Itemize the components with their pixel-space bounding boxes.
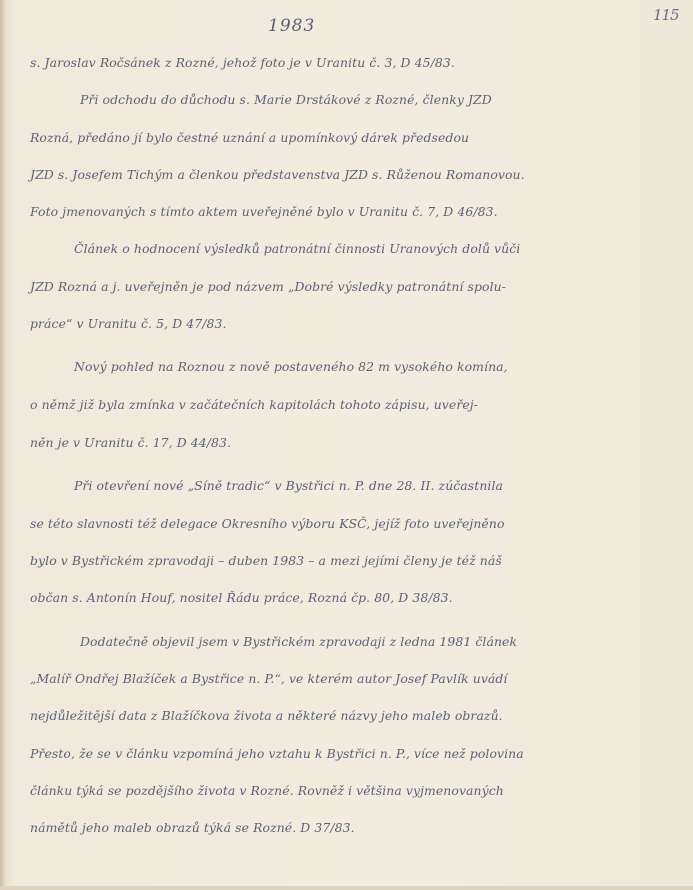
text-line: námětů jeho maleb obrazů týká se Rozné. … xyxy=(30,820,355,835)
handwritten-chronicle-page: 115 1983 s. Jaroslav Ročsánek z Rozné, j… xyxy=(0,0,693,890)
text-line: o němž již byla zmínka v začátečních kap… xyxy=(30,397,478,412)
text-line: práce“ v Uranitu č. 5, D 47/83. xyxy=(30,316,227,331)
text-line: Dodatečně objevil jsem v Bystřickém zpra… xyxy=(80,634,517,649)
text-line: něn je v Uranitu č. 17, D 44/83. xyxy=(30,435,231,450)
text-line: se této slavnosti též delegace Okresního… xyxy=(30,516,505,531)
text-line: JZD Rozná a j. uveřejněn je pod názvem „… xyxy=(30,279,506,294)
text-line: článku týká se pozdějšího života v Rozné… xyxy=(30,783,504,798)
page-bottom-edge xyxy=(0,886,693,890)
text-line: občan s. Antonín Houf, nositel Řádu prác… xyxy=(30,590,453,605)
text-line: bylo v Bystřickém zpravodaji – duben 198… xyxy=(30,553,502,568)
text-line: Při otevření nové „Síně tradic“ v Bystři… xyxy=(74,478,503,493)
text-line: Nový pohled na Roznou z nově postaveného… xyxy=(74,359,508,374)
text-line: nejdůležitější data z Blažíčkova života … xyxy=(30,708,503,723)
text-line: Při odchodu do důchodu s. Marie Drstákov… xyxy=(80,92,492,107)
text-line: Článek o hodnocení výsledků patronátní č… xyxy=(74,241,520,256)
text-line: JZD s. Josefem Tichým a členkou představ… xyxy=(30,167,525,182)
text-line: Foto jmenovaných s tímto aktem uveřejněn… xyxy=(30,204,498,219)
page-number: 115 xyxy=(653,6,679,24)
year-heading: 1983 xyxy=(268,16,315,36)
text-line: Přesto, že se v článku vzpomíná jeho vzt… xyxy=(30,746,524,761)
text-line: s. Jaroslav Ročsánek z Rozné, jehož foto… xyxy=(30,55,455,70)
binding-edge xyxy=(0,0,5,890)
text-line: Rozná, předáno jí bylo čestné uznání a u… xyxy=(30,130,469,145)
text-line: „Malíř Ondřej Blažíček a Bystřice n. P.“… xyxy=(30,671,508,686)
